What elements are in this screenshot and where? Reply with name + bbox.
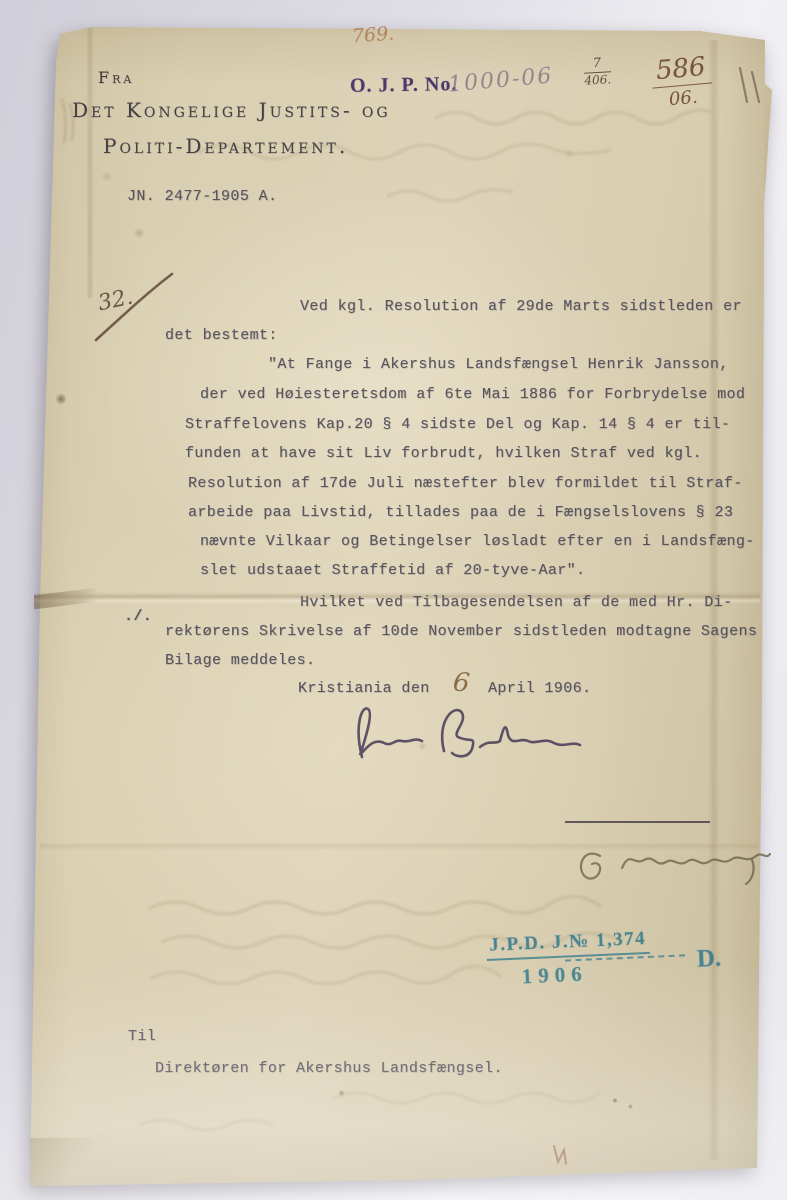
typed-line: Resolution af 17de Juli næstefter blev f… [188, 475, 743, 492]
typed-line: Straffelovens Kap.20 § 4 sidste Del og K… [185, 416, 730, 433]
jpd-stamp-letter: D. [696, 945, 722, 974]
journal-number: JN. 2477-1905 A. [127, 188, 277, 205]
typed-line: det bestemt: [165, 327, 278, 344]
recipient-to-label: Til [128, 1028, 156, 1045]
typed-line: "At Fange i Akershus Landsfængsel Henrik… [268, 356, 729, 373]
fraction-note-small: 7 406. [583, 55, 611, 87]
fraction-note-large: 586 06. [650, 52, 714, 112]
fraction-small-numerator: 7 [583, 55, 611, 73]
signature-rule [565, 821, 710, 823]
document-photo: 769. Fra Det Kongelige Justits- og Polit… [0, 0, 787, 1200]
signature-primary: Harald Bothner [340, 695, 590, 775]
jpd-journal-stamp: J.P.D. J.№ 1,374 1906 D. [486, 925, 716, 991]
letterhead-line1: Det Kongelige Justits- og [72, 98, 391, 122]
enclosure-mark: ./. [124, 608, 152, 625]
typed-line: arbeide paa Livstid, tillades paa de i F… [188, 504, 733, 521]
signature-secondary: G. Hallager [570, 826, 780, 892]
typed-line: nævnte Vilkaar og Betingelser løsladt ef… [200, 533, 755, 550]
fraction-small-denominator: 406. [584, 72, 611, 87]
ink-tick-bottom [548, 1142, 578, 1172]
ojp-number-stamp: O. J. P. No. [350, 73, 458, 98]
fraction-large-numerator: 586 [650, 52, 712, 89]
typed-line: funden at have sit Liv forbrudt, hvilken… [185, 445, 702, 462]
typed-line: Ved kgl. Resolution af 29de Marts sidstl… [300, 298, 742, 315]
page-number-handwritten: 769. [351, 23, 395, 48]
typed-line: slet udstaaet Straffetid af 20-tyve-Aar"… [200, 562, 585, 579]
recipient-name: Direktøren for Akershus Landsfængsel. [155, 1060, 503, 1077]
typed-line: rektørens Skrivelse af 10de November sid… [165, 623, 757, 640]
typed-line: Hvilket ved Tilbagesendelsen af de med H… [300, 594, 732, 611]
letterhead-line2: Politi-Departement. [103, 134, 348, 158]
typed-line: der ved Høiesteretsdom af 6te Mai 1886 f… [200, 386, 745, 403]
letterhead-from: Fra [98, 68, 134, 87]
pen-marks-right-edge [732, 60, 772, 120]
typed-line: Bilage meddeles. [165, 652, 315, 669]
